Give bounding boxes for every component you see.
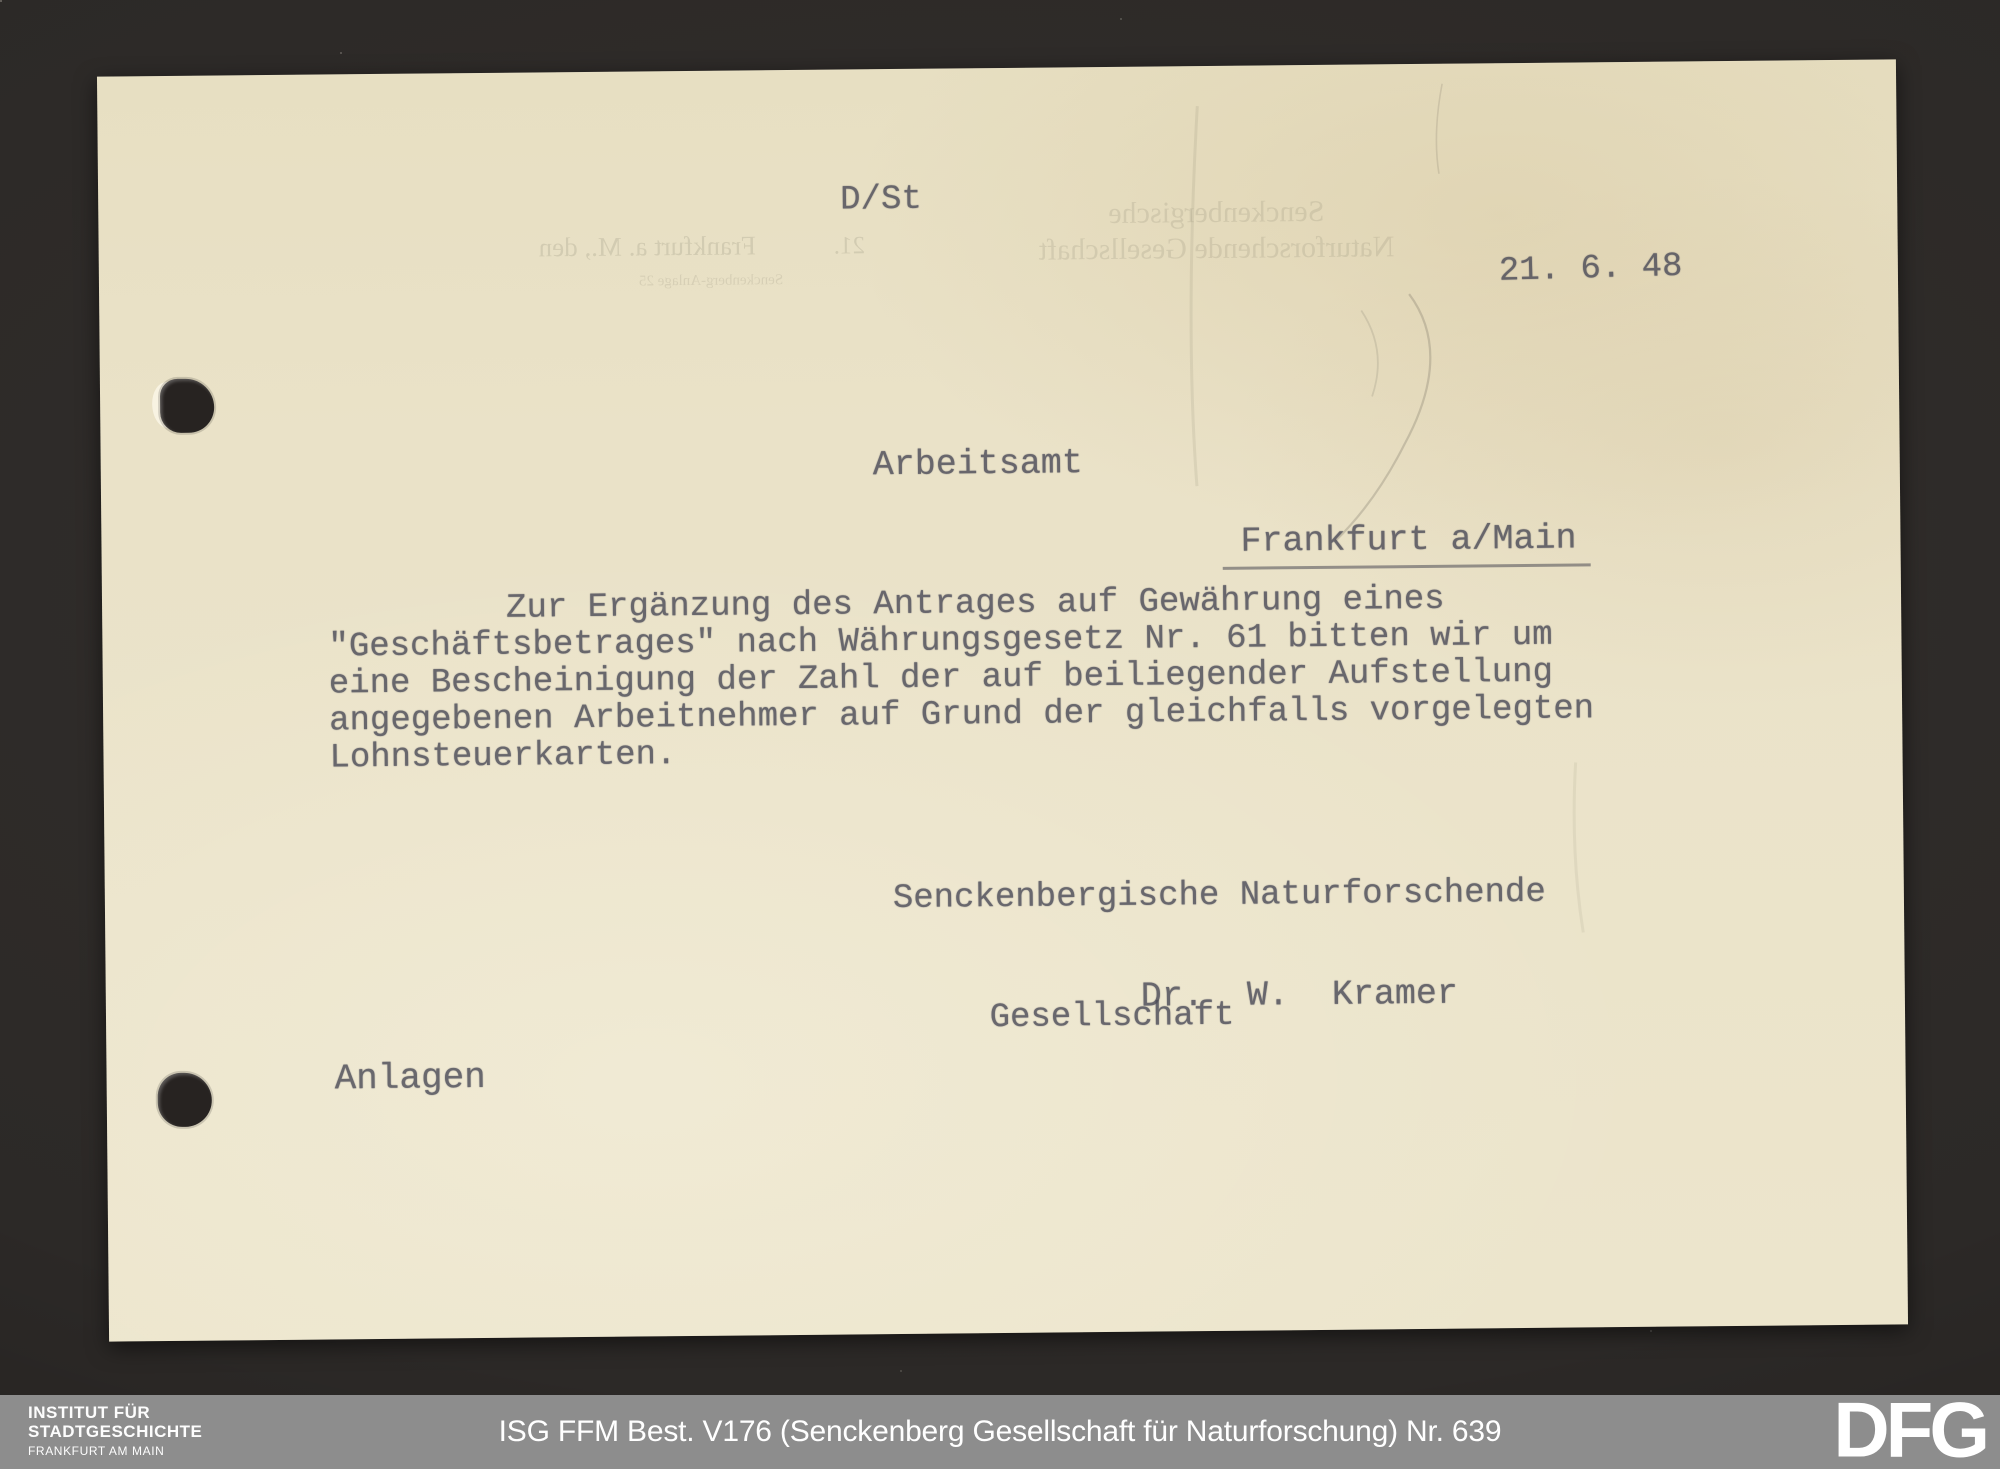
reference-code: D/St — [840, 181, 922, 220]
dfg-logo: DFG — [1833, 1385, 1986, 1469]
bleedthrough-date-fragment: 21. — [834, 232, 866, 260]
bleedthrough-org-line2: Naturforschende Gesellschaft — [1039, 230, 1395, 267]
signature-org-line1: Senckenbergische Naturforschende — [893, 875, 1329, 919]
bleedthrough-org-line1: Senckenbergische — [1108, 195, 1324, 231]
scan-background: Frankfurt a. M., den 21. Senckenberg-Anl… — [0, 0, 2000, 1469]
enclosures-note: Anlagen — [334, 1057, 486, 1099]
archive-footer-bar: INSTITUT FÜR STADTGESCHICHTE FRANKFURT A… — [0, 1395, 2000, 1469]
recipient-name: Arbeitsamt — [873, 443, 1083, 485]
letter-page: Frankfurt a. M., den 21. Senckenberg-Anl… — [97, 59, 1908, 1341]
letter-body: Zur Ergänzung des Antrages auf Gewährung… — [328, 579, 1690, 777]
bleedthrough-frankfurt-line: Frankfurt a. M., den — [538, 230, 756, 263]
recipient-city-text: Frankfurt a/Main — [1222, 518, 1591, 570]
archive-reference: ISG FFM Best. V176 (Senckenberg Gesellsc… — [0, 1415, 2000, 1449]
letter-date: 21. 6. 48 — [1498, 248, 1683, 291]
dust-specks — [0, 0, 2, 2]
signature-organization: Senckenbergische Naturforschende Gesells… — [892, 795, 1331, 1119]
punch-hole-top — [160, 379, 215, 434]
bleedthrough-address-line: Senckenberg-Anlage 25 — [639, 272, 783, 290]
punch-hole-bottom — [158, 1073, 213, 1128]
signatory-name: Dr. W. Kramer — [1141, 974, 1458, 1017]
